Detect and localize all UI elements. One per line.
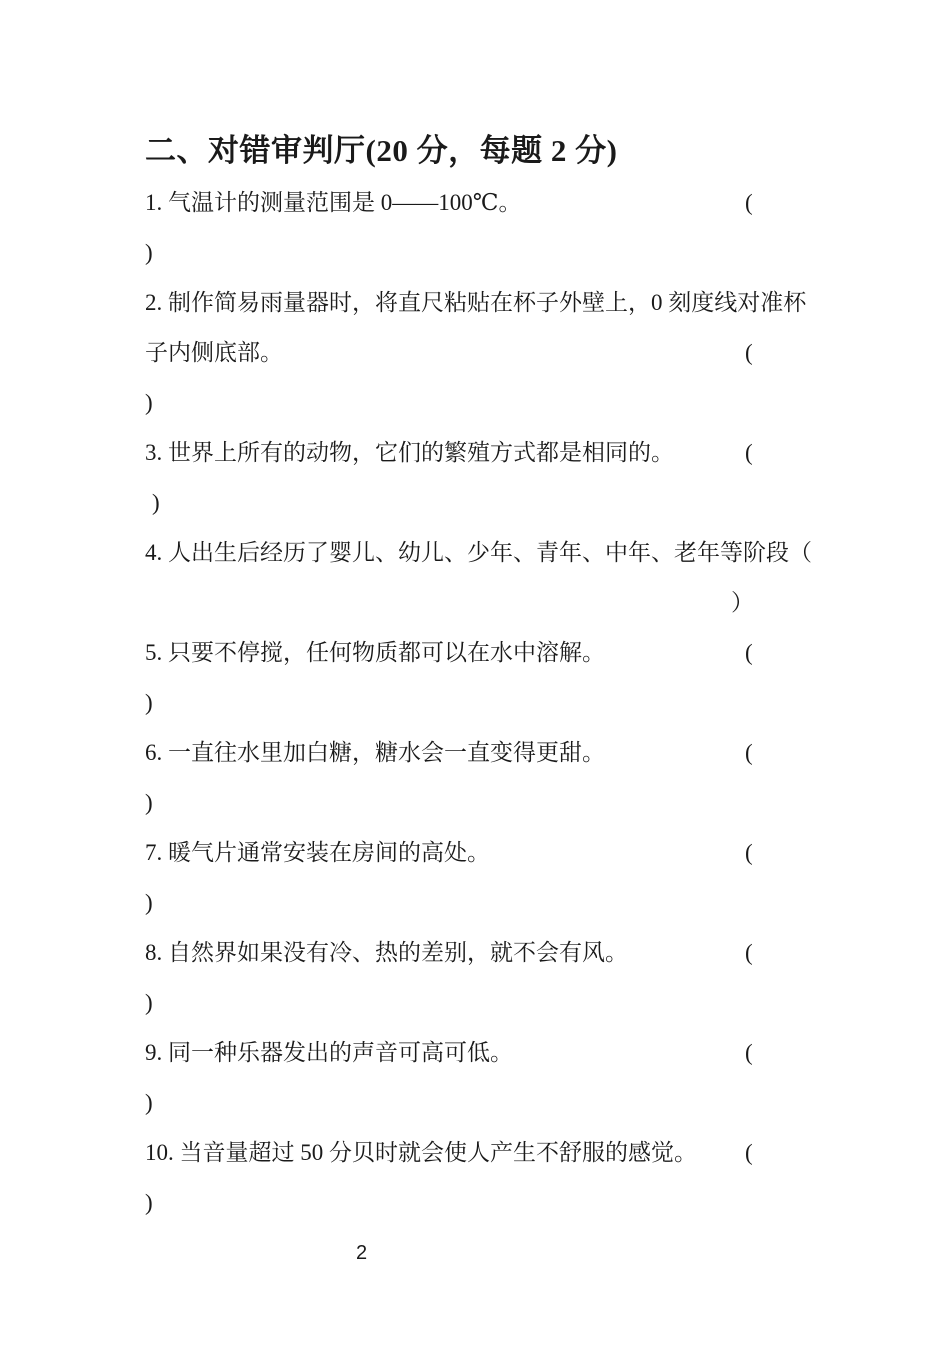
question-2-statement: 2. 制作简易雨量器时，将直尺粘贴在杯子外壁上，0 刻度线对准杯 [145,278,807,328]
question-4-statement: 4. 人出生后经历了婴儿、幼儿、少年、青年、中年、老年等阶段（ [145,528,807,578]
question-2-open-paren: ( [745,328,753,378]
question-2-close-paren: ) [145,390,153,415]
test-section: 二、对错审判厅(20 分，每题 2 分) 1. 气温计的测量范围是 0——100… [145,123,807,1228]
question-7-statement: 7. 暖气片通常安装在房间的高处。 ( [145,828,807,878]
question-5-open-paren: ( [745,628,753,678]
question-8-statement: 8. 自然界如果没有冷、热的差别，就不会有风。 ( [145,928,807,978]
question-2-statement-cont: 子内侧底部。 ( [145,328,807,378]
question-1-open-paren: ( [745,178,753,228]
question-4-text: 4. 人出生后经历了婴儿、幼儿、少年、青年、中年、老年等阶段（ [145,540,812,565]
question-6-text: 6. 一直往水里加白糖，糖水会一直变得更甜。 [145,740,605,765]
question-6-close-line: ) [145,778,807,828]
question-10-close-paren: ) [145,1190,153,1215]
question-10-statement: 10. 当音量超过 50 分贝时就会使人产生不舒服的感觉。 ( [145,1128,807,1178]
question-9-statement: 9. 同一种乐器发出的声音可高可低。 ( [145,1028,807,1078]
question-4-close-line: ） [145,578,807,628]
question-8-close-paren: ) [145,990,153,1015]
question-7-open-paren: ( [745,828,753,878]
question-8-text: 8. 自然界如果没有冷、热的差别，就不会有风。 [145,940,628,965]
question-9-close-line: ) [145,1078,807,1128]
question-9-close-paren: ) [145,1090,153,1115]
question-1-close-line: ) [145,228,807,278]
question-1-close-paren: ) [145,240,153,265]
question-8-open-paren: ( [745,928,753,978]
question-2-text-cont: 子内侧底部。 [145,340,283,365]
question-5-statement: 5. 只要不停搅，任何物质都可以在水中溶解。 ( [145,628,807,678]
question-5-text: 5. 只要不停搅，任何物质都可以在水中溶解。 [145,640,605,665]
question-9-text: 9. 同一种乐器发出的声音可高可低。 [145,1040,513,1065]
question-9-open-paren: ( [745,1028,753,1078]
question-2-close-line: ) [145,378,807,428]
question-10-text: 10. 当音量超过 50 分贝时就会使人产生不舒服的感觉。 [145,1140,697,1165]
question-3-close-paren: ) [152,490,160,515]
question-4-close-paren: ） [731,578,754,628]
question-10-close-line: ) [145,1178,807,1228]
question-1-statement: 1. 气温计的测量范围是 0——100℃。 ( [145,178,807,228]
section-title: 二、对错审判厅(20 分，每题 2 分) [145,123,807,178]
question-3-open-paren: ( [745,428,753,478]
question-7-close-paren: ) [145,890,153,915]
question-3-close-line: ) [145,478,807,528]
question-6-statement: 6. 一直往水里加白糖，糖水会一直变得更甜。 ( [145,728,807,778]
question-6-close-paren: ) [145,790,153,815]
question-1-text: 1. 气温计的测量范围是 0——100℃。 [145,190,521,215]
question-5-close-line: ) [145,678,807,728]
question-7-text: 7. 暖气片通常安装在房间的高处。 [145,840,490,865]
question-3-text: 3. 世界上所有的动物，它们的繁殖方式都是相同的。 [145,440,674,465]
question-2-text: 2. 制作简易雨量器时，将直尺粘贴在杯子外壁上，0 刻度线对准杯 [145,290,806,315]
page-number: 2 [356,1242,367,1265]
question-3-statement: 3. 世界上所有的动物，它们的繁殖方式都是相同的。 ( [145,428,807,478]
question-10-open-paren: ( [745,1128,753,1178]
document-page: 二、对错审判厅(20 分，每题 2 分) 1. 气温计的测量范围是 0——100… [0,0,950,1346]
question-5-close-paren: ) [145,690,153,715]
question-6-open-paren: ( [745,728,753,778]
question-7-close-line: ) [145,878,807,928]
question-8-close-line: ) [145,978,807,1028]
